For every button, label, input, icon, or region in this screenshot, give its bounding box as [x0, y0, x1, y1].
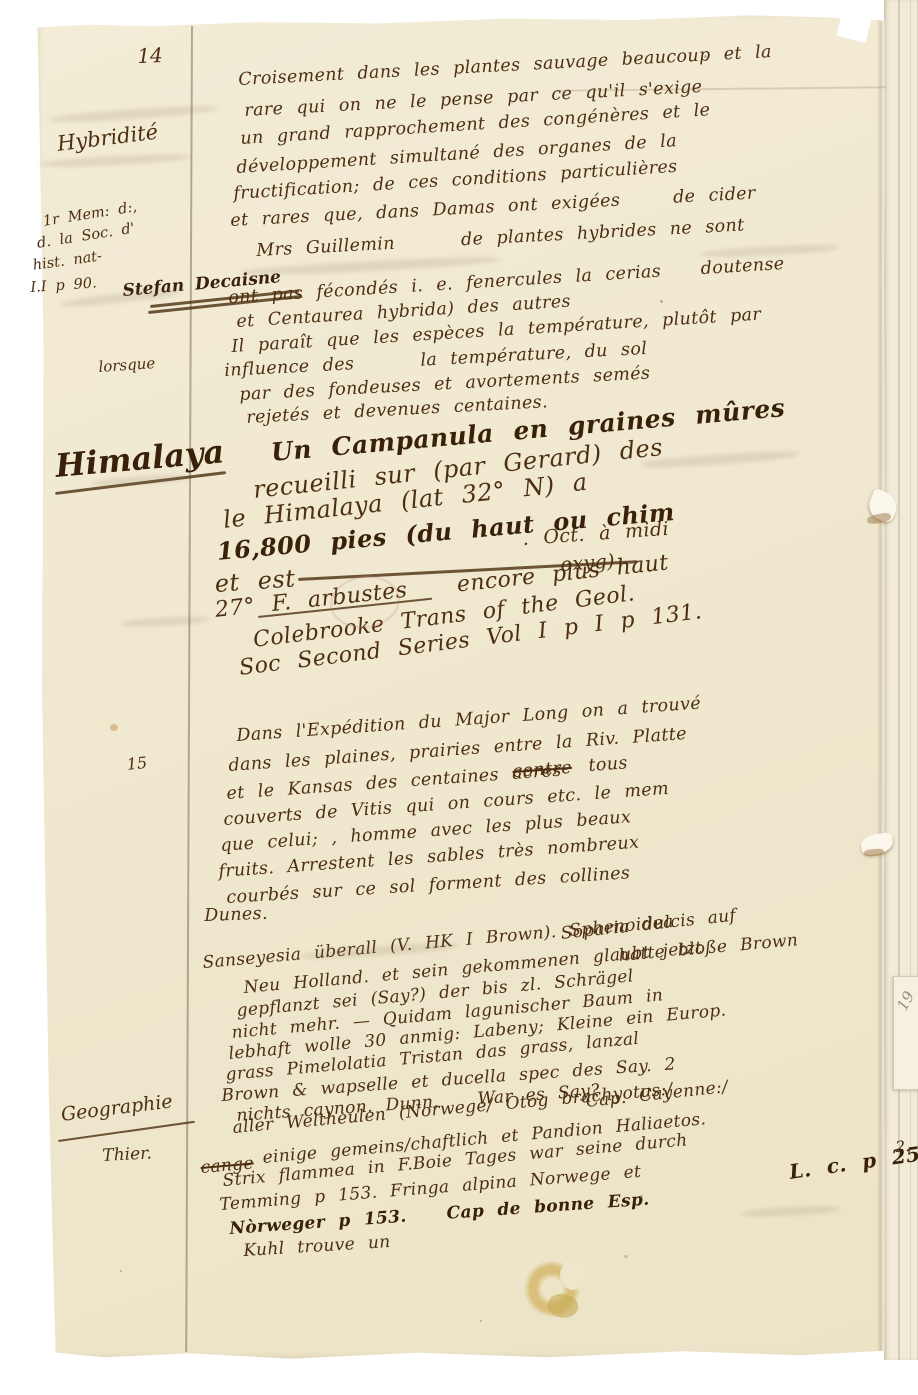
- paper-speck: [480, 1320, 482, 1322]
- wax-stain-ring: [504, 1240, 600, 1338]
- handwritten-line: Dunes.: [204, 906, 268, 926]
- margin-note: Thier.: [102, 1145, 152, 1165]
- page-number: 14: [137, 45, 163, 66]
- handwritten-line: contre: [512, 760, 573, 782]
- paper-speck: [120, 1270, 122, 1272]
- margin-note: 15: [126, 755, 148, 773]
- paper-speck: [640, 1195, 643, 1198]
- margin-note: lorsque: [98, 356, 156, 375]
- wax-stain-gap: [560, 1260, 586, 1290]
- wax-stain: [514, 1250, 590, 1328]
- paper-speck: [660, 300, 663, 303]
- paper-speck: [624, 1255, 628, 1258]
- edge-ink-fragment: 2.: [895, 1139, 910, 1155]
- handwritten-line: tous: [588, 755, 628, 775]
- manuscript-scan: 14 Hybridité1r Mem: d:,d. la Soc. d'hist…: [0, 0, 918, 1395]
- paper-speck: [110, 724, 118, 731]
- paper-speck: [704, 55, 707, 58]
